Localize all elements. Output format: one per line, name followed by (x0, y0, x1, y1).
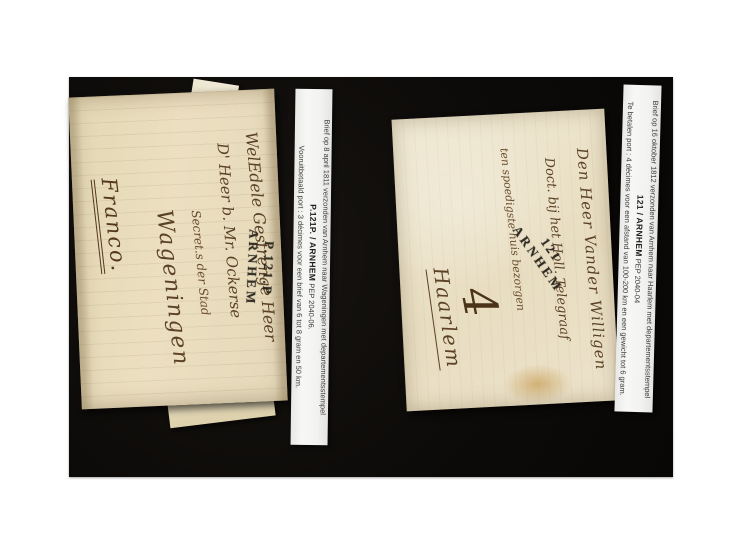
left-caption-text: Brief op 8 april 1811 verzonden van Arnh… (291, 91, 333, 443)
right-caption-stamp-ref: 121 / ARNHEM (634, 194, 646, 256)
right-letter-address-line1: Den Heer Vander Willigen (572, 147, 609, 371)
photo-black-background: WelEdele Gestrenge Heer D' Heer b. Mr. O… (69, 77, 673, 477)
left-postmark-line1: P.121.P (258, 229, 277, 307)
left-departement-postmark: P.121.P ARNHEM (242, 229, 277, 308)
left-caption-stamp-ref: P.121P. / ARNHEM (307, 204, 318, 281)
right-caption-text: Brief op 16 oktober 1812 verzonden van A… (615, 87, 662, 410)
left-letter-address-line3: Secret.s der Stad (189, 210, 213, 317)
franco-text: Franco. (94, 177, 132, 275)
auction-lot-photo-page: WelEdele Gestrenge Heer D' Heer b. Mr. O… (0, 0, 740, 557)
port-due-4-decimes-mark: 4 (454, 283, 505, 321)
right-caption-strip: Brief op 16 oktober 1812 verzonden van A… (614, 85, 661, 413)
left-letter: WelEdele Gestrenge Heer D' Heer b. Mr. O… (68, 89, 287, 410)
franco-prepaid-mark: Franco. (91, 177, 132, 275)
right-caption-catalogue-ref: PEP 2040-04 (632, 256, 642, 303)
left-postmark-line2: ARNHEM (242, 229, 261, 307)
left-letter-address-line2: D' Heer b. Mr. Ockerse (213, 142, 245, 319)
right-letter: Den Heer Vander Willigen Doct. bij het H… (392, 109, 620, 412)
left-caption-catalogue-ref: PEP 2040-06. (306, 281, 316, 330)
left-letter-face: WelEdele Gestrenge Heer D' Heer b. Mr. O… (68, 89, 287, 410)
left-letter-address-line4-destination: Wageningen (151, 208, 194, 367)
left-caption-strip: Brief op 8 april 1811 verzonden van Arnh… (291, 89, 333, 445)
right-letter-face: Den Heer Vander Willigen Doct. bij het H… (392, 109, 620, 412)
